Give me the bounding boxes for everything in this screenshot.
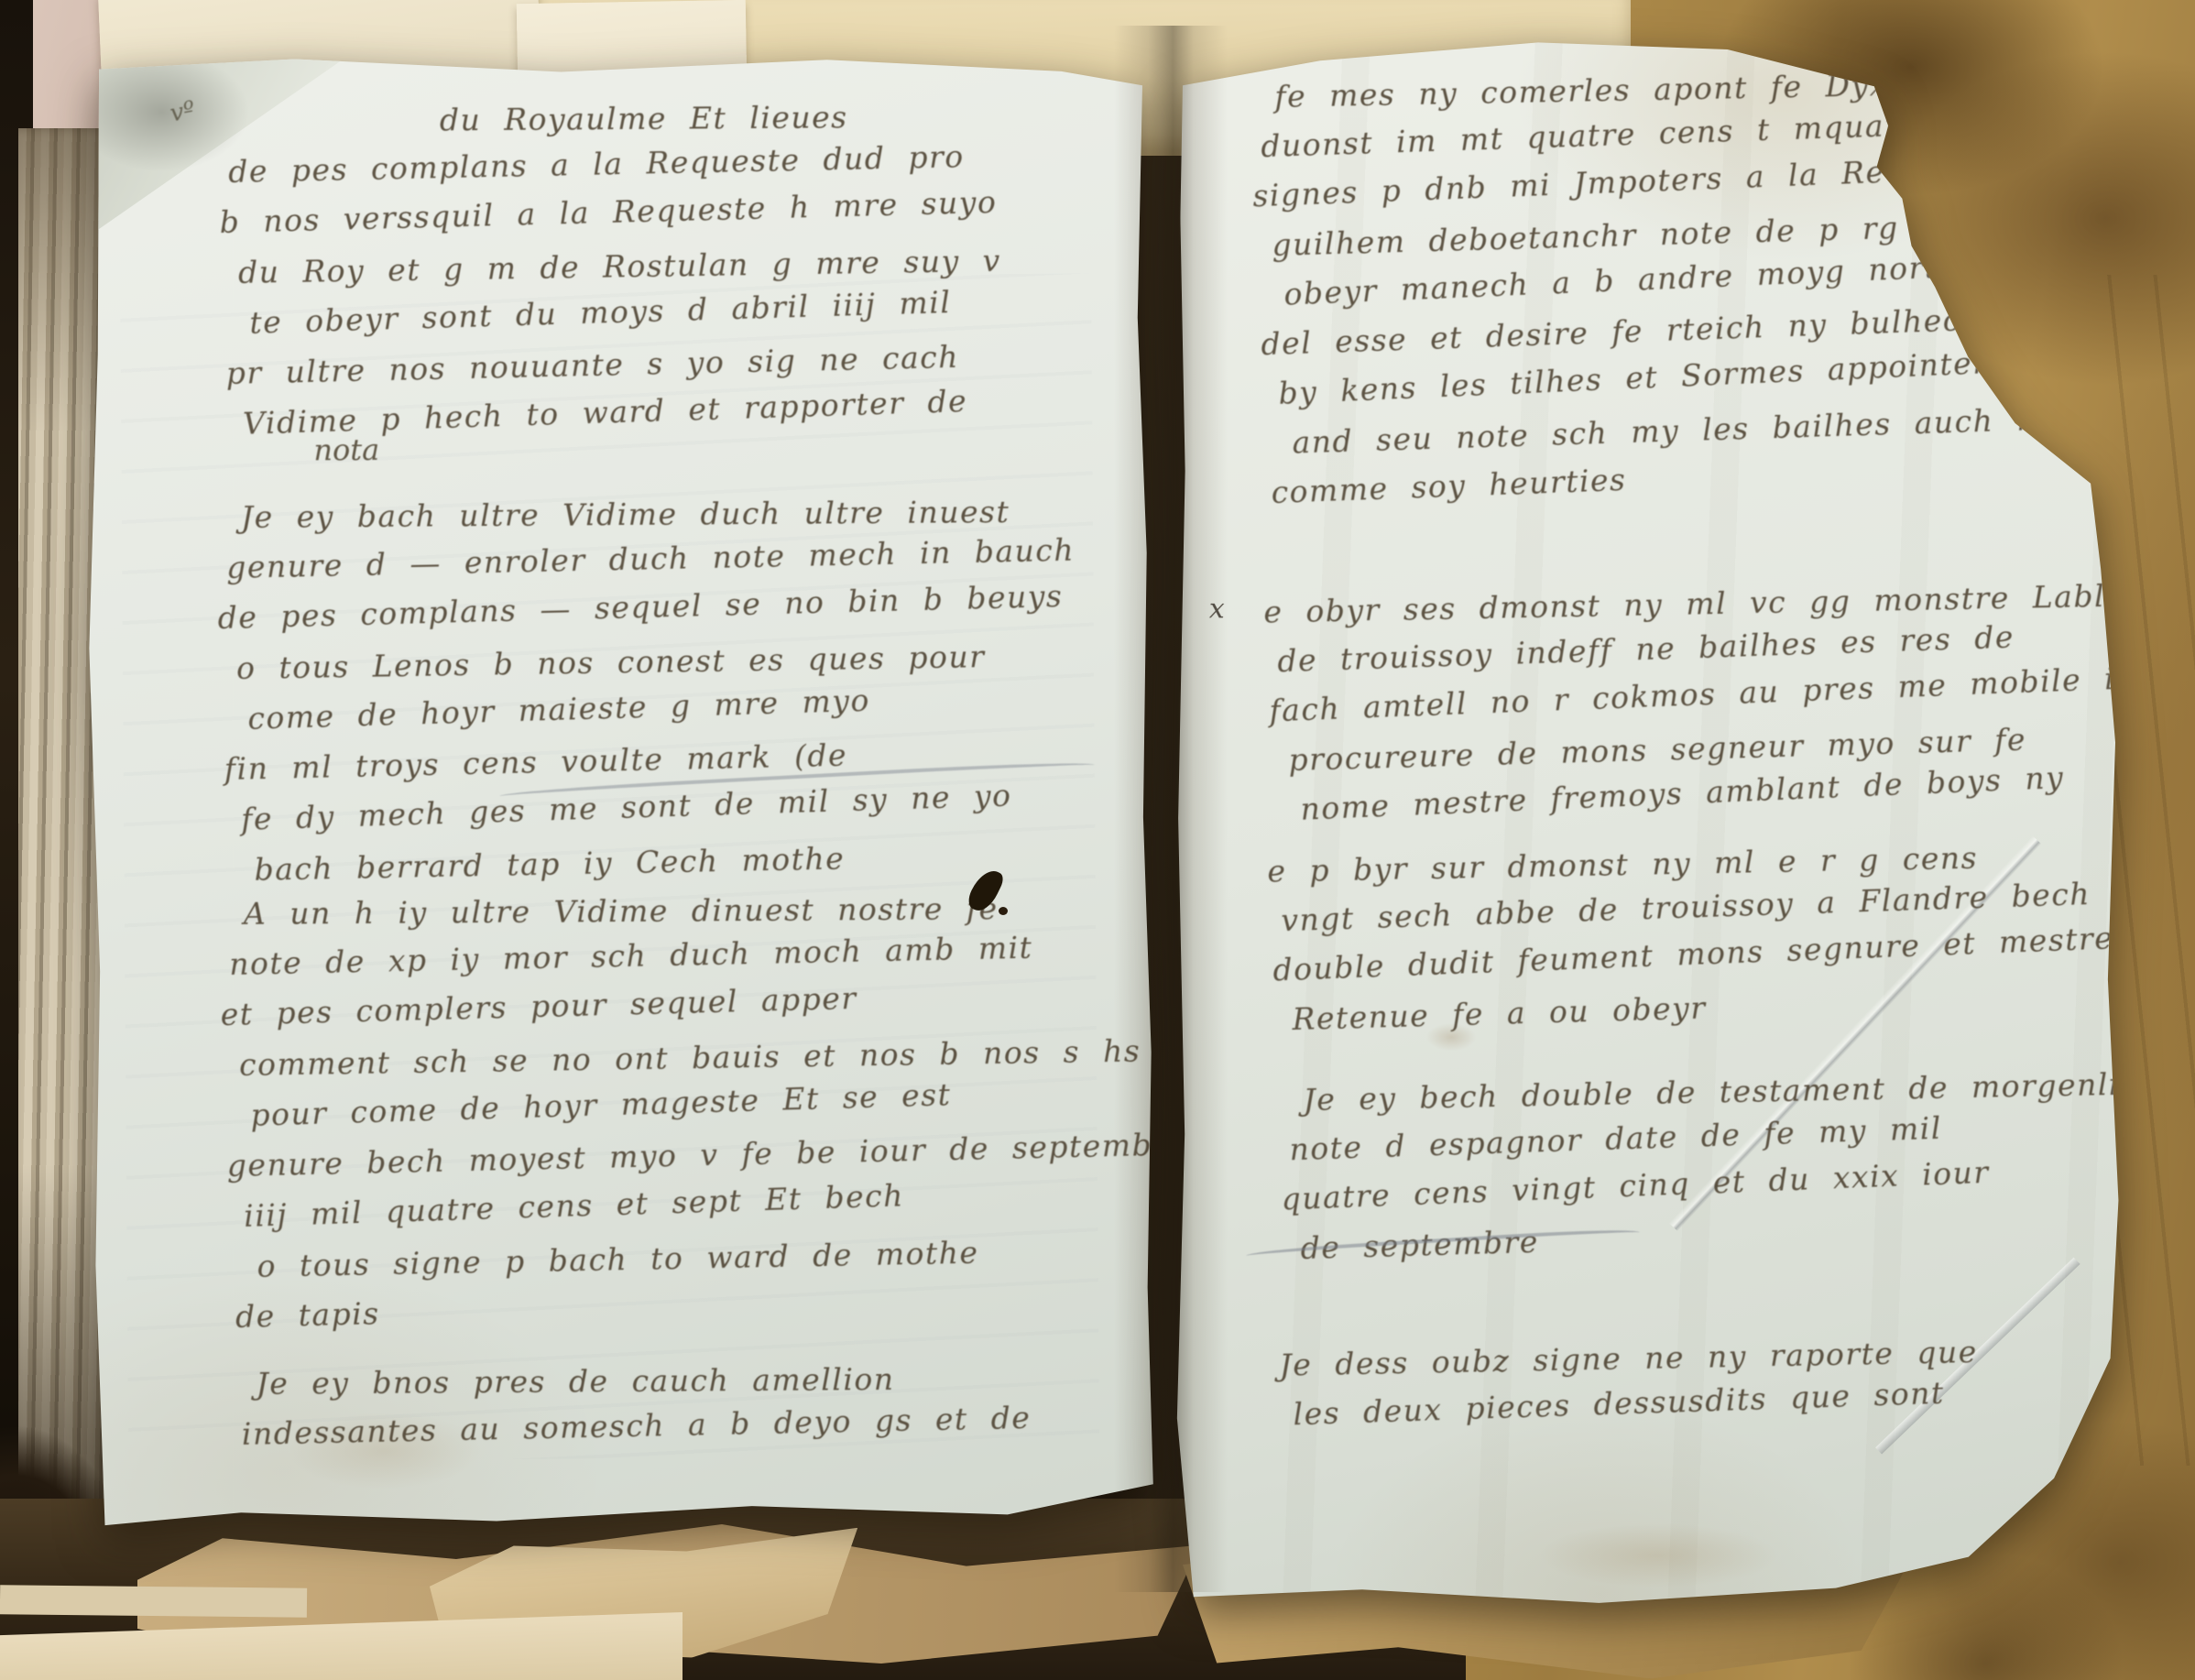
manuscript-photo: vº du Royaulme Et lieuesde pes complans … xyxy=(0,0,2195,1680)
nota-annotation: nota xyxy=(313,432,379,468)
paragraph-4: Je ey bnos pres de cauch amellionindessa… xyxy=(228,1353,1031,1459)
flyleaf-strip xyxy=(0,1585,307,1618)
ink-blot xyxy=(999,907,1008,915)
folio-number: 103 xyxy=(1948,65,2043,118)
paragraph-1: fe mes ny comerles apont fe Dyx nes mv s… xyxy=(1247,54,2195,518)
paragraph-3: A un h iy ultre Vidime dinuest nostre fe… xyxy=(216,882,1206,1343)
paper-stain xyxy=(1539,1523,1777,1588)
spine-gutter-shadow xyxy=(1114,26,1228,1592)
right-page-wrap: 103 x fe mes ny comerles apont fe Dyx ne… xyxy=(1175,30,2123,1609)
paragraph-2: e obyr ses dmonst ny ml vc gg monstre La… xyxy=(1263,571,2139,835)
paragraph-5: Je dess oubz signe ne ny raporte queles … xyxy=(1279,1327,1979,1440)
right-manuscript-page: 103 x fe mes ny comerles apont fe Dyx ne… xyxy=(1173,28,2125,1611)
paragraph-1: du Royaulme Et lieuesde pes complans a l… xyxy=(215,91,1003,449)
paragraph-3: e p byr sur dmonst ny ml e r g censvngt … xyxy=(1267,831,2115,1045)
paragraph-2: Je ey bach ultre Vidime duch ultre inues… xyxy=(213,486,1077,896)
corner-annotation: vº xyxy=(168,96,197,127)
